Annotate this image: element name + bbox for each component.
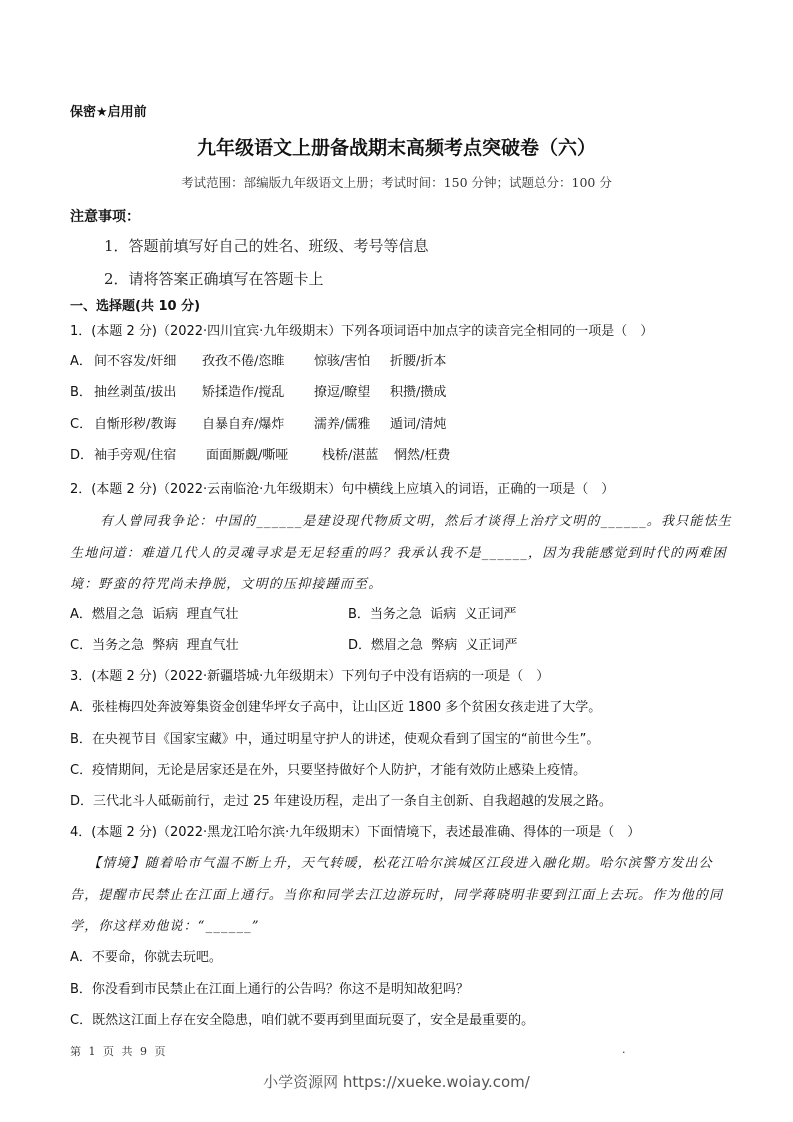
notice-item: 2．请将答案正确填写在答题卡上	[104, 268, 324, 289]
option-cell: 遁词/清炖	[390, 413, 446, 432]
q1-option-b: B． 抽丝剥茧/拔出 矫揉造作/搅乱 撩逗/瞭望 积攒/攒成	[70, 381, 446, 400]
q3-option-b: B．在央视节目《国家宝藏》中，通过明星守护人的讲述，使观众看到了国宝的“前世今生…	[70, 728, 599, 747]
passage-line: 【情境】随着哈市气温不断上升，天气转暖，松花江哈尔滨城区江段进入融化期。哈尔滨警…	[88, 852, 713, 871]
notice-heading: 注意事项：	[70, 206, 140, 226]
option-label: B．	[70, 982, 92, 997]
option-cell: 栈桥/湛蓝	[322, 444, 394, 463]
exam-subtitle: 考试范围：部编版九年级语文上册；考试时间：150 分钟；试题总分：100 分	[0, 173, 793, 191]
option-cell: 濡养/儒雅	[314, 413, 390, 432]
q4-option-b: B．你没看到市民禁止在江面上通行的公告吗？你这不是明知故犯吗？	[70, 978, 469, 997]
page-number: 第 1 页 共 9 页	[70, 1043, 167, 1059]
page-title: 九年级语文上册备战期末高频考点突破卷（六）	[0, 133, 793, 160]
q2-option-a: A．燃眉之急 诟病 理直气壮	[70, 603, 238, 622]
q3-option-d: D．三代北斗人砥砺前行，走过 25 年建设历程，走出了一条自主创新、自我超越的发…	[70, 790, 612, 809]
option-label: B．	[70, 381, 94, 400]
option-label: B．	[70, 732, 92, 747]
passage-line: 告，提醒市民禁止在江面上通行。当你和同学去江边游玩时，同学蒋晓明非要到江面上去玩…	[70, 884, 723, 903]
option-cell: 撩逗/瞭望	[314, 381, 390, 400]
option-cell: 面面厮觑/嘶哑	[206, 444, 322, 463]
option-label: D．	[70, 444, 94, 463]
option-label: C．	[70, 413, 94, 432]
option-cell: 矫揉造作/搅乱	[202, 381, 314, 400]
option-text: 当务之急 诟病 义正词严	[370, 607, 517, 622]
option-label: A．	[70, 950, 92, 965]
q2-option-d: D．燃眉之急 弊病 义正词严	[348, 634, 518, 653]
option-cell: 袖手旁观/住宿	[94, 444, 206, 463]
passage-line: 生地问道：难道几代人的灵魂寻求是无足轻重的吗？我承认我不是______，因为我能…	[70, 542, 727, 561]
question-stem: 4．(本题 2 分)（2022·黑龙江哈尔滨·九年级期末）下面情境下，表述最准确…	[70, 821, 640, 840]
q2-option-c: C．当务之急 弊病 理直气壮	[70, 634, 239, 653]
option-label: D．	[70, 794, 93, 809]
option-label: D．	[348, 638, 371, 653]
question-stem: 2．(本题 2 分)（2022·云南临沧·九年级期末）句中横线上应填入的词语，正…	[70, 478, 614, 497]
q3-option-a: A．张桂梅四处奔波筹集资金创建华坪女子高中，让山区近 1800 多个贫困女孩走进…	[70, 696, 601, 715]
option-text: 张桂梅四处奔波筹集资金创建华坪女子高中，让山区近 1800 多个贫困女孩走进了大…	[92, 700, 601, 715]
option-cell: 间不容发/奸细	[94, 350, 202, 369]
option-label: C．	[70, 763, 92, 778]
option-text: 燃眉之急 诟病 理直气壮	[92, 607, 239, 622]
q2-option-b: B．当务之急 诟病 义正词严	[348, 603, 516, 622]
option-label: A．	[70, 607, 92, 622]
option-label: B．	[348, 607, 370, 622]
option-cell: 折腰/折本	[390, 350, 446, 369]
q1-option-d: D． 袖手旁观/住宿 面面厮觑/嘶哑 栈桥/湛蓝 惘然/枉费	[70, 444, 450, 463]
option-label: A．	[70, 700, 92, 715]
option-text: 燃眉之急 弊病 义正词严	[371, 638, 518, 653]
passage-line: 学，你这样劝他说：“______”	[70, 915, 260, 934]
option-text: 三代北斗人砥砺前行，走过 25 年建设历程，走出了一条自主创新、自我超越的发展之…	[93, 794, 612, 809]
notice-item: 1．答题前填写好自己的姓名、班级、考号等信息	[104, 235, 429, 256]
q1-option-c: C． 自惭形秽/教诲 自暴自弃/爆炸 濡养/儒雅 遁词/清炖	[70, 413, 446, 432]
option-text: 不要命，你就去玩吧。	[92, 950, 222, 965]
option-text: 当务之急 弊病 理直气壮	[92, 638, 239, 653]
option-label: C．	[70, 638, 92, 653]
option-cell: 孜孜不倦/恣睢	[202, 350, 314, 369]
option-cell: 惘然/枉费	[394, 444, 450, 463]
option-text: 你没看到市民禁止在江面上通行的公告吗？你这不是明知故犯吗？	[92, 982, 469, 997]
option-cell: 自暴自弃/爆炸	[202, 413, 314, 432]
passage-line: 有人曾同我争论：中国的______是建设现代物质文明，然后才谈得上治疗文明的__…	[100, 510, 732, 529]
confidential-label: 保密★启用前	[70, 101, 147, 120]
q3-option-c: C．疫情期间，无论是居家还是在外，只要坚持做好个人防护，才能有效防止感染上疫情。	[70, 759, 586, 778]
option-cell: 抽丝剥茧/拔出	[94, 381, 202, 400]
question-stem: 1．(本题 2 分)（2022·四川宜宾·九年级期末）下列各项词语中加点字的读音…	[70, 320, 653, 339]
option-cell: 惊骇/害怕	[314, 350, 390, 369]
watermark-link[interactable]: 小学资源网 https://xueke.woiay.com/	[0, 1071, 793, 1092]
q4-option-c: C．既然这江面上存在安全隐患，咱们就不要再到里面玩耍了，安全是最重要的。	[70, 1009, 534, 1028]
option-cell: 积攒/攒成	[390, 381, 446, 400]
option-label: A．	[70, 350, 94, 369]
question-stem: 3．(本题 2 分)（2022·新疆塔城·九年级期末）下列句子中没有语病的一项是…	[70, 665, 549, 684]
section-heading: 一、选择题(共 10 分)	[70, 295, 200, 314]
option-text: 疫情期间，无论是居家还是在外，只要坚持做好个人防护，才能有效防止感染上疫情。	[92, 763, 586, 778]
q1-option-a: A． 间不容发/奸细 孜孜不倦/恣睢 惊骇/害怕 折腰/折本	[70, 350, 446, 369]
option-text: 在央视节目《国家宝藏》中，通过明星守护人的讲述，使观众看到了国宝的“前世今生”。	[92, 732, 599, 747]
q4-option-a: A．不要命，你就去玩吧。	[70, 946, 222, 965]
option-text: 既然这江面上存在安全隐患，咱们就不要再到里面玩耍了，安全是最重要的。	[92, 1013, 534, 1028]
option-cell: 自惭形秽/教诲	[94, 413, 202, 432]
option-label: C．	[70, 1013, 92, 1028]
passage-line: 境：野蛮的符咒尚未挣脱，文明的压抑接踵而至。	[70, 573, 382, 592]
footer-dot: .	[622, 1043, 626, 1056]
